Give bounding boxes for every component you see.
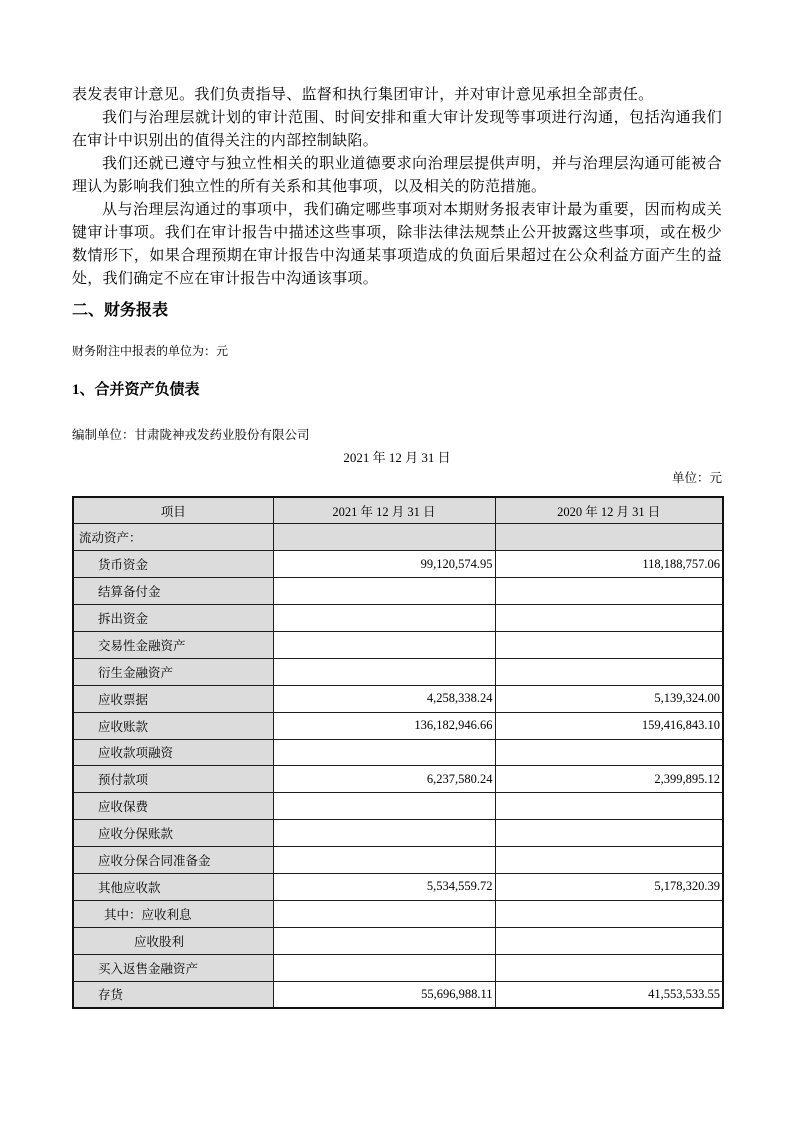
table-row: 应收账款136,182,946.66159,416,843.10 bbox=[73, 712, 723, 739]
value-2021-cell: 4,258,338.24 bbox=[273, 685, 495, 712]
section-heading-financial-statements: 二、财务报表 bbox=[72, 300, 722, 322]
header-2020: 2020 年 12 月 31 日 bbox=[495, 497, 723, 524]
item-label-cell: 拆出资金 bbox=[73, 605, 273, 632]
item-label-cell: 交易性金融资产 bbox=[73, 631, 273, 658]
table-row: 应收款项融资 bbox=[73, 739, 723, 766]
document-page: 表发表审计意见。我们负责指导、监督和执行集团审计，并对审计意见承担全部责任。 我… bbox=[0, 0, 793, 1122]
value-2020-cell bbox=[495, 954, 723, 981]
item-label-cell: 存货 bbox=[73, 981, 273, 1008]
value-2021-cell bbox=[273, 793, 495, 820]
value-2020-cell: 159,416,843.10 bbox=[495, 712, 723, 739]
header-item: 项目 bbox=[73, 497, 273, 524]
audit-paragraph-2: 我们与治理层就计划的审计范围、时间安排和重大审计发现等事项进行沟通，包括沟通我们… bbox=[72, 107, 722, 153]
page-content: 表发表审计意见。我们负责指导、监督和执行集团审计，并对审计意见承担全部责任。 我… bbox=[72, 84, 722, 1009]
value-2020-cell bbox=[495, 927, 723, 954]
item-label-cell: 买入返售金融资产 bbox=[73, 954, 273, 981]
table-row: 应收票据4,258,338.245,139,324.00 bbox=[73, 685, 723, 712]
audit-paragraph-4: 从与治理层沟通过的事项中，我们确定哪些事项对本期财务报表审计最为重要，因而构成关… bbox=[72, 199, 722, 291]
item-label-cell: 应收保费 bbox=[73, 793, 273, 820]
audit-paragraph-1: 表发表审计意见。我们负责指导、监督和执行集团审计，并对审计意见承担全部责任。 bbox=[72, 84, 722, 107]
table-row: 应收分保合同准备金 bbox=[73, 847, 723, 874]
table-row: 买入返售金融资产 bbox=[73, 954, 723, 981]
section-row: 流动资产： bbox=[73, 524, 723, 551]
value-2021-cell bbox=[273, 578, 495, 605]
table-row: 交易性金融资产 bbox=[73, 631, 723, 658]
table-row: 拆出资金 bbox=[73, 605, 723, 632]
value-2020-cell bbox=[495, 820, 723, 847]
value-2021-cell bbox=[273, 658, 495, 685]
value-2020-cell: 2,399,895.12 bbox=[495, 766, 723, 793]
value-2021-cell: 136,182,946.66 bbox=[273, 712, 495, 739]
value-2020-cell bbox=[495, 524, 723, 551]
value-2021-cell bbox=[273, 631, 495, 658]
table-row: 应收股利 bbox=[73, 927, 723, 954]
item-label-cell: 货币资金 bbox=[73, 551, 273, 578]
item-label-cell: 衍生金融资产 bbox=[73, 658, 273, 685]
value-2020-cell bbox=[495, 739, 723, 766]
value-2021-cell bbox=[273, 820, 495, 847]
audit-paragraph-3: 我们还就已遵守与独立性相关的职业道德要求向治理层提供声明，并与治理层沟通可能被合… bbox=[72, 153, 722, 199]
value-2021-cell: 5,534,559.72 bbox=[273, 873, 495, 900]
table-row: 其他应收款5,534,559.725,178,320.39 bbox=[73, 873, 723, 900]
item-label-cell: 结算备付金 bbox=[73, 578, 273, 605]
value-2020-cell bbox=[495, 900, 723, 927]
table-row: 应收保费 bbox=[73, 793, 723, 820]
table-row: 其中：应收利息 bbox=[73, 900, 723, 927]
header-2021: 2021 年 12 月 31 日 bbox=[273, 497, 495, 524]
table-row: 预付款项6,237,580.242,399,895.12 bbox=[73, 766, 723, 793]
value-2020-cell bbox=[495, 578, 723, 605]
value-2021-cell: 99,120,574.95 bbox=[273, 551, 495, 578]
value-2020-cell bbox=[495, 631, 723, 658]
value-2021-cell bbox=[273, 900, 495, 927]
item-label-cell: 应收款项融资 bbox=[73, 739, 273, 766]
value-2021-cell bbox=[273, 524, 495, 551]
value-2020-cell bbox=[495, 605, 723, 632]
item-label-cell: 其中：应收利息 bbox=[73, 900, 273, 927]
value-2021-cell: 6,237,580.24 bbox=[273, 766, 495, 793]
item-label-cell: 其他应收款 bbox=[73, 873, 273, 900]
item-label-cell: 预付款项 bbox=[73, 766, 273, 793]
value-2021-cell bbox=[273, 739, 495, 766]
table-row: 结算备付金 bbox=[73, 578, 723, 605]
value-2021-cell bbox=[273, 954, 495, 981]
balance-sheet-table: 项目 2021 年 12 月 31 日 2020 年 12 月 31 日 流动资… bbox=[72, 496, 724, 1009]
value-2020-cell bbox=[495, 793, 723, 820]
item-label-cell: 应收分保账款 bbox=[73, 820, 273, 847]
statement-date: 2021 年 12 月 31 日 bbox=[72, 449, 722, 467]
item-label-cell: 流动资产： bbox=[73, 524, 273, 551]
table-header-row: 项目 2021 年 12 月 31 日 2020 年 12 月 31 日 bbox=[73, 497, 723, 524]
value-2020-cell bbox=[495, 847, 723, 874]
item-label-cell: 应收分保合同准备金 bbox=[73, 847, 273, 874]
item-label-cell: 应收股利 bbox=[73, 927, 273, 954]
value-2020-cell: 5,139,324.00 bbox=[495, 685, 723, 712]
table-row: 存货55,696,988.1141,553,533.55 bbox=[73, 981, 723, 1008]
table-row: 货币资金99,120,574.95118,188,757.06 bbox=[73, 551, 723, 578]
prepared-by-line: 编制单位：甘肃陇神戎发药业股份有限公司 bbox=[72, 426, 722, 444]
value-2021-cell bbox=[273, 605, 495, 632]
item-label-cell: 应收账款 bbox=[73, 712, 273, 739]
value-2020-cell: 41,553,533.55 bbox=[495, 981, 723, 1008]
subsection-heading-balance-sheet: 1、合并资产负债表 bbox=[72, 380, 722, 400]
value-2020-cell bbox=[495, 658, 723, 685]
value-2021-cell bbox=[273, 847, 495, 874]
unit-note: 财务附注中报表的单位为：元 bbox=[72, 342, 722, 360]
value-2021-cell bbox=[273, 927, 495, 954]
table-row: 衍生金融资产 bbox=[73, 658, 723, 685]
unit-label: 单位：元 bbox=[72, 470, 722, 487]
item-label-cell: 应收票据 bbox=[73, 685, 273, 712]
value-2020-cell: 5,178,320.39 bbox=[495, 873, 723, 900]
value-2021-cell: 55,696,988.11 bbox=[273, 981, 495, 1008]
table-row: 应收分保账款 bbox=[73, 820, 723, 847]
value-2020-cell: 118,188,757.06 bbox=[495, 551, 723, 578]
